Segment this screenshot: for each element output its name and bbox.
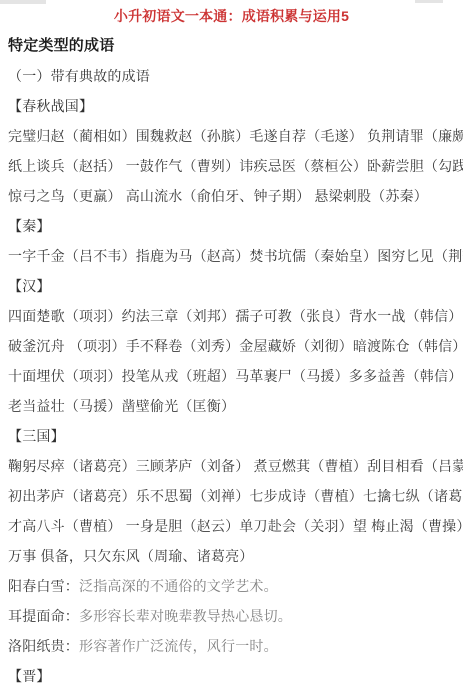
definition-text: 形容著作广泛流传，风行一时。 [79,638,278,654]
subsection-heading: （一）带有典故的成语 [8,68,455,84]
scroll-artifact-right [415,0,443,3]
scroll-artifact-left [0,0,46,4]
definition-term: 阳春白雪： [8,578,79,594]
idiom-line: 纸上谈兵（赵括） 一鼓作气（曹刿）讳疾忌医（蔡桓公）卧薪尝胆（勾践） [8,158,455,174]
document-page: 小升初语文一本通：成语积累与运用5 特定类型的成语 （一）带有典故的成语 【春秋… [0,0,463,687]
idiom-line: 鞠躬尽瘁（诸葛亮）三顾茅庐（刘备） 煮豆燃萁（曹植）刮目相看（吕蒙） [8,458,455,474]
idiom-line: 破釜沉舟 （项羽）手不释卷（刘秀）金屋藏娇（刘彻）暗渡陈仓（韩信） [8,338,455,354]
section-heading: 特定类型的成语 [8,38,455,54]
era-heading-chunqiuzhanguo: 【春秋战国】 [8,98,455,114]
idiom-line: 老当益壮（马援）凿壁偷光（匡衡） [8,398,455,414]
document-title: 小升初语文一本通：成语积累与运用5 [8,8,455,24]
era-heading-han: 【汉】 [8,278,455,294]
era-heading-qin: 【秦】 [8,218,455,234]
idiom-line: 惊弓之鸟（更羸） 高山流水（俞伯牙、钟子期） 悬梁刺股（苏秦） [8,188,455,204]
definition-term: 洛阳纸贵： [8,638,79,654]
era-heading-sanguo: 【三国】 [8,428,455,444]
idiom-line: 初出茅庐（诸葛亮）乐不思蜀（刘禅）七步成诗（曹植）七擒七纵（诸葛亮） [8,488,455,504]
idiom-line: 完璧归赵（蔺相如）围魏救赵（孙膑）毛遂自荐（毛遂） 负荆请罪（廉颇） [8,128,455,144]
idiom-line: 才高八斗（曹植） 一身是胆（赵云）单刀赴会（关羽）望 梅止渴（曹操） [8,518,455,534]
definition-line: 洛阳纸贵：形容著作广泛流传，风行一时。 [8,638,455,654]
definition-text: 泛指高深的不通俗的文学艺术。 [79,578,278,594]
idiom-line: 一字千金（吕不韦）指鹿为马（赵高）焚书坑儒（秦始皇）图穷匕见（荆轲） [8,248,455,264]
definition-term: 耳提面命： [8,608,79,624]
idiom-line: 十面埋伏（项羽）投笔从戎（班超）马革裹尸（马援）多多益善（韩信） [8,368,455,384]
definition-line: 耳提面命：多形容长辈对晚辈教导热心恳切。 [8,608,455,624]
idiom-line: 四面楚歌（项羽）约法三章（刘邦）孺子可教（张良）背水一战（韩信） [8,308,455,324]
era-heading-jin: 【晋】 [8,668,455,684]
idiom-line: 万事 俱备，只欠东风（周瑜、诸葛亮） [8,548,455,564]
definition-text: 多形容长辈对晚辈教导热心恳切。 [79,608,292,624]
definition-line: 阳春白雪：泛指高深的不通俗的文学艺术。 [8,578,455,594]
